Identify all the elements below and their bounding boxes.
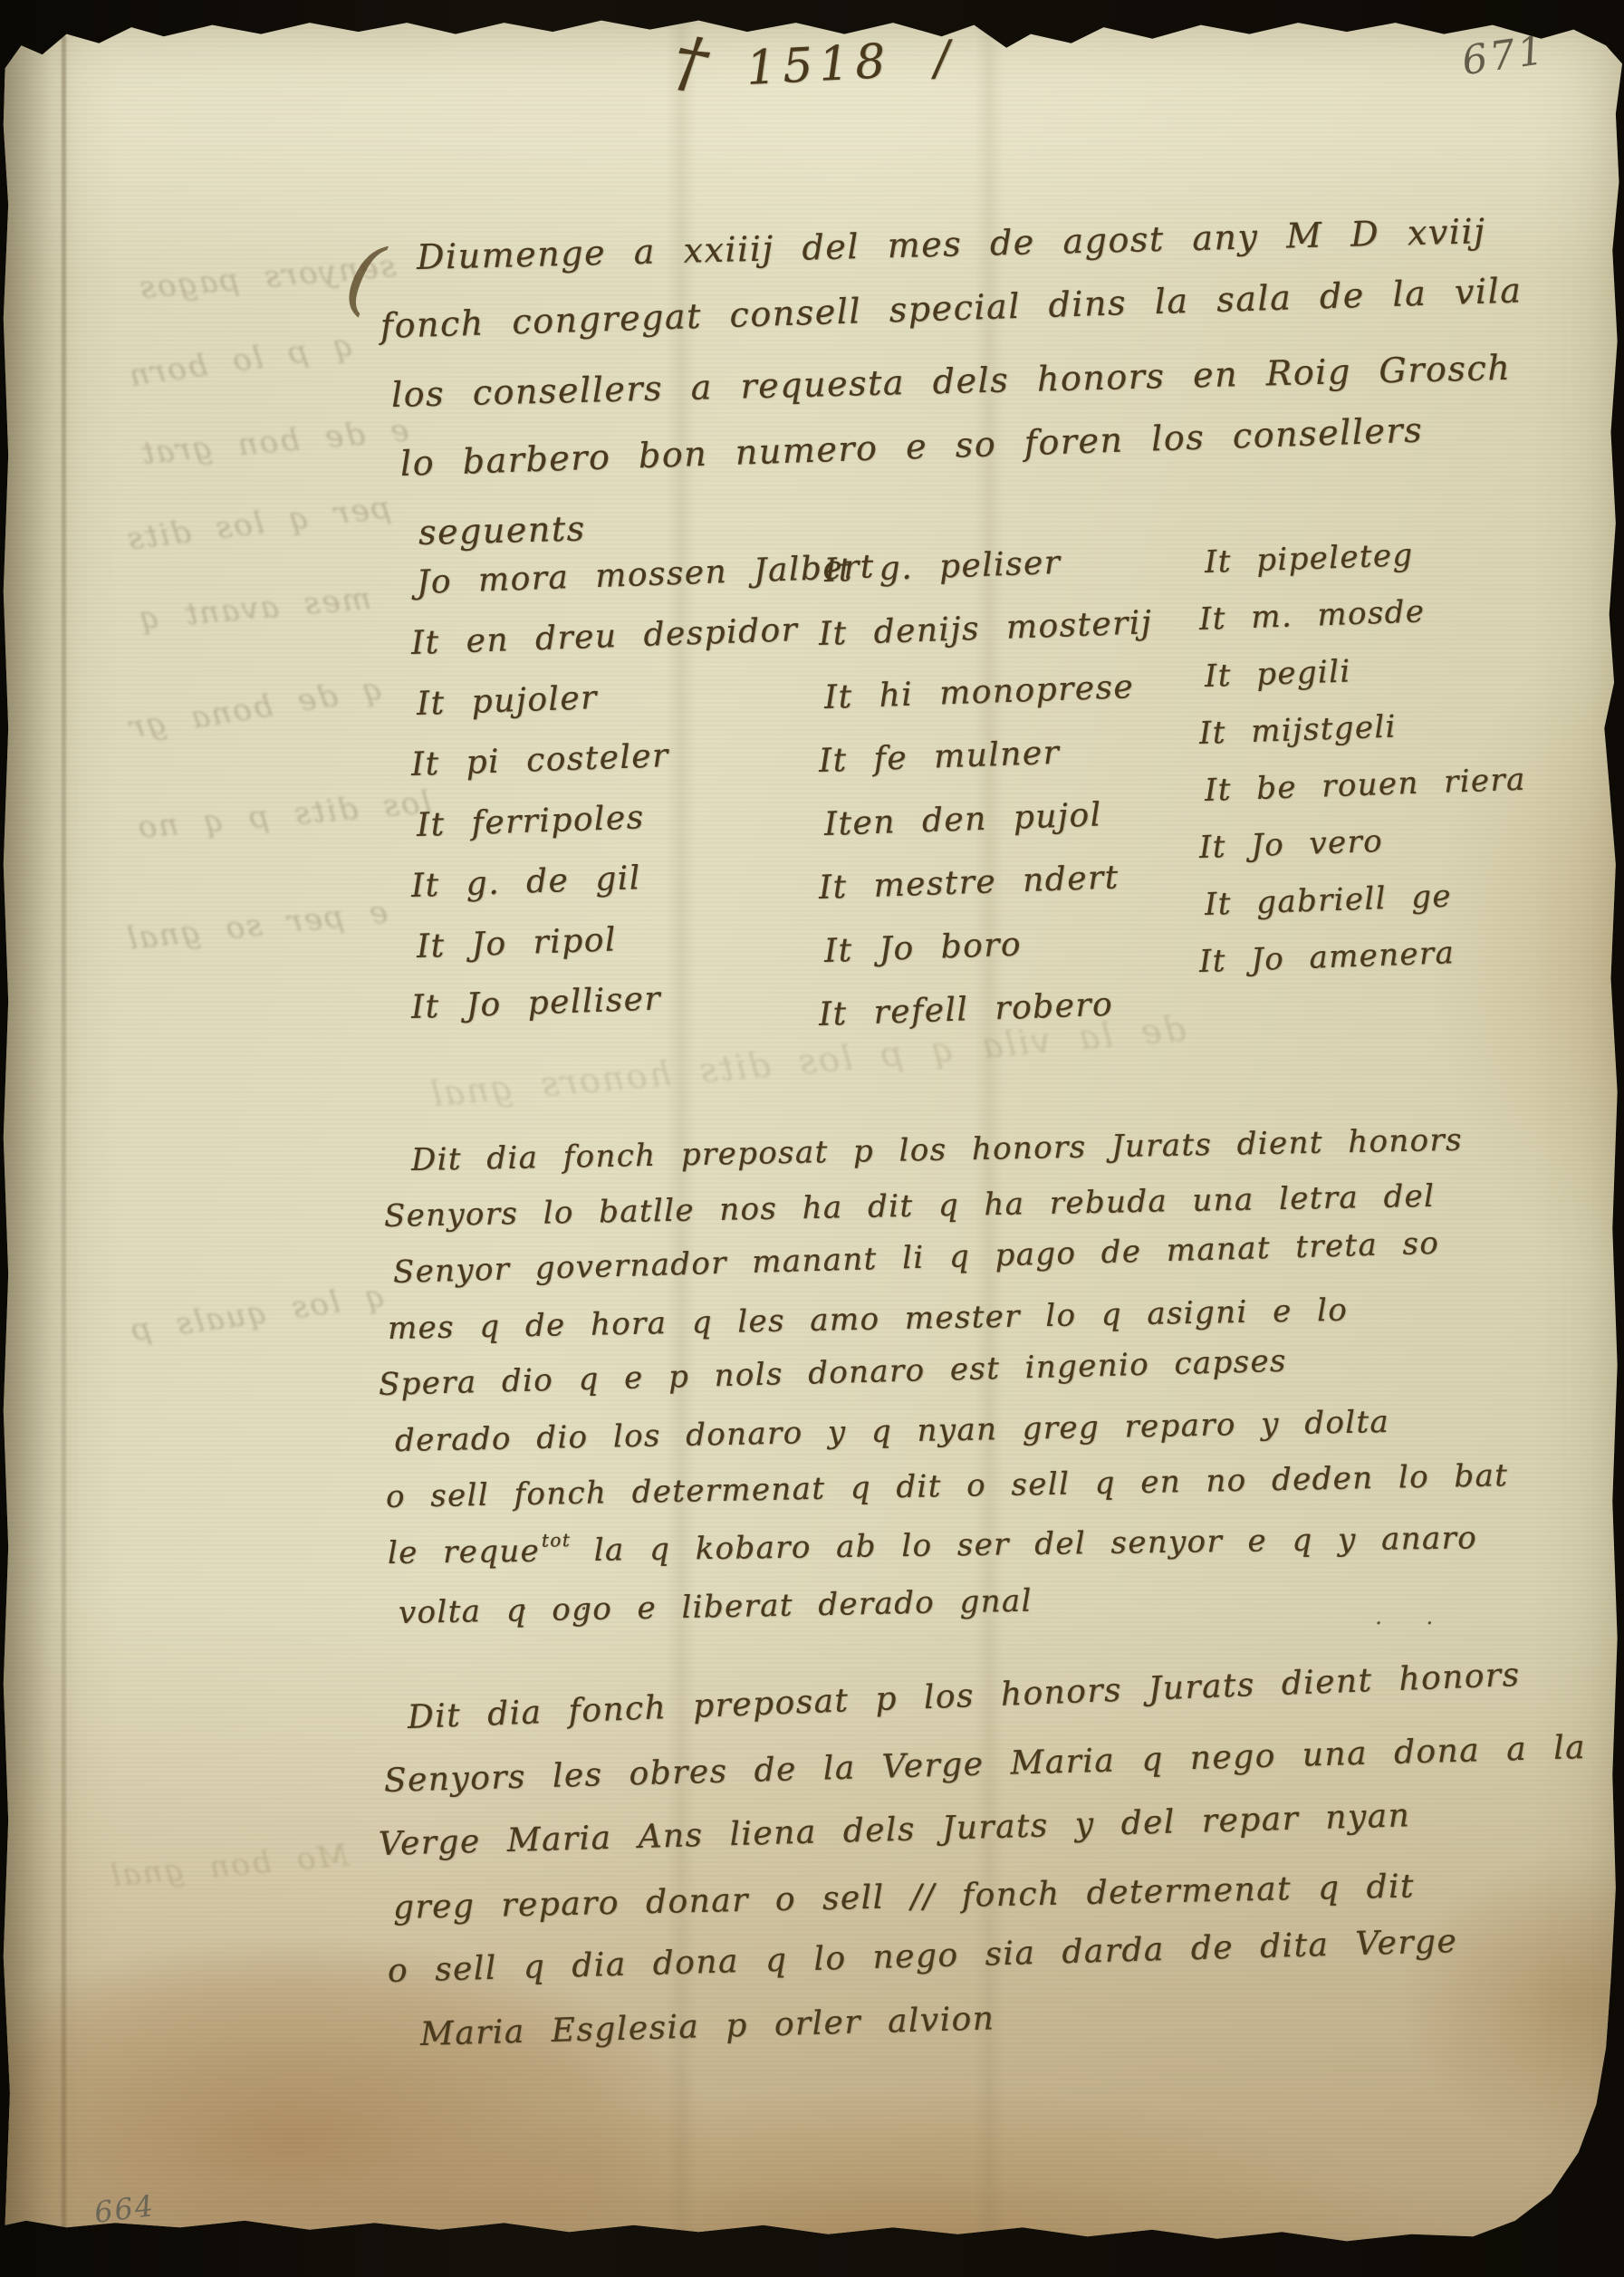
council-list-column-1: Jo mora mossen Jalbert It en dreu despid… (411, 552, 875, 1038)
ink-dots: · · (1375, 1610, 1446, 1638)
attendee-name: It refell robero (818, 972, 1154, 1047)
show-through-text: e per so gnal (124, 894, 389, 957)
attendee-name: Iten den pujol (823, 782, 1154, 857)
attendee-name: It fe mulner (818, 718, 1154, 793)
paragraph-deliberation-2: Dit dia fonch preposat p los honors Jura… (389, 1686, 1587, 2067)
show-through-text: per q los dits (124, 489, 393, 558)
year-heading: 1518 / (745, 31, 958, 96)
council-list-column-2: It g. peliser It denijs mosterij It hi m… (819, 540, 1153, 1047)
show-through-text: q los quals p (128, 1277, 388, 1349)
interlinear-insertion: tot (542, 1529, 572, 1551)
attendee-name: It hi monoprese (823, 655, 1154, 730)
show-through-text: e de bon grat (139, 412, 410, 472)
attendee-name: It g. peliser (823, 528, 1154, 603)
attendee-name: It denijs mosterij (818, 591, 1154, 667)
show-through-text: Mo bon gnal (108, 1838, 351, 1895)
paragraph-deliberation-1: Dit dia fonch preposat p los honors Jura… (391, 1132, 1508, 1641)
ink-dots: · ·· (520, 1596, 597, 1623)
show-through-text: mes avant q (137, 581, 373, 637)
council-list-column-3: It pipeleteg It m. mosde It pegili It mi… (1199, 534, 1526, 991)
show-through-text: los dits p q no (135, 784, 433, 846)
attendee-name: It mestre ndert (818, 845, 1154, 920)
binding-crease (62, 36, 66, 2275)
attendee-name: It Jo amenera (1198, 922, 1527, 991)
page-number: 671 (1459, 27, 1549, 84)
scan-background: senyors pagos q p lo born e de bon grat … (0, 0, 1624, 2277)
paragraph-convocation: Diumenge a xxiiij del mes de agost any M… (408, 223, 1523, 567)
folio-number: 664 (92, 2188, 157, 2230)
show-through-text: q de bona gr (126, 670, 386, 746)
attendee-name: It Jo boro (823, 908, 1154, 984)
line-prefix: le reque (388, 1533, 541, 1571)
manuscript-page: senyors pagos q p lo born e de bon grat … (2, 0, 1622, 2275)
line-suffix: la q kobaro ab lo ser del senyor e q y a… (569, 1520, 1477, 1569)
cross-mark: † (668, 21, 716, 103)
show-through-text: q p lo born (125, 327, 355, 395)
